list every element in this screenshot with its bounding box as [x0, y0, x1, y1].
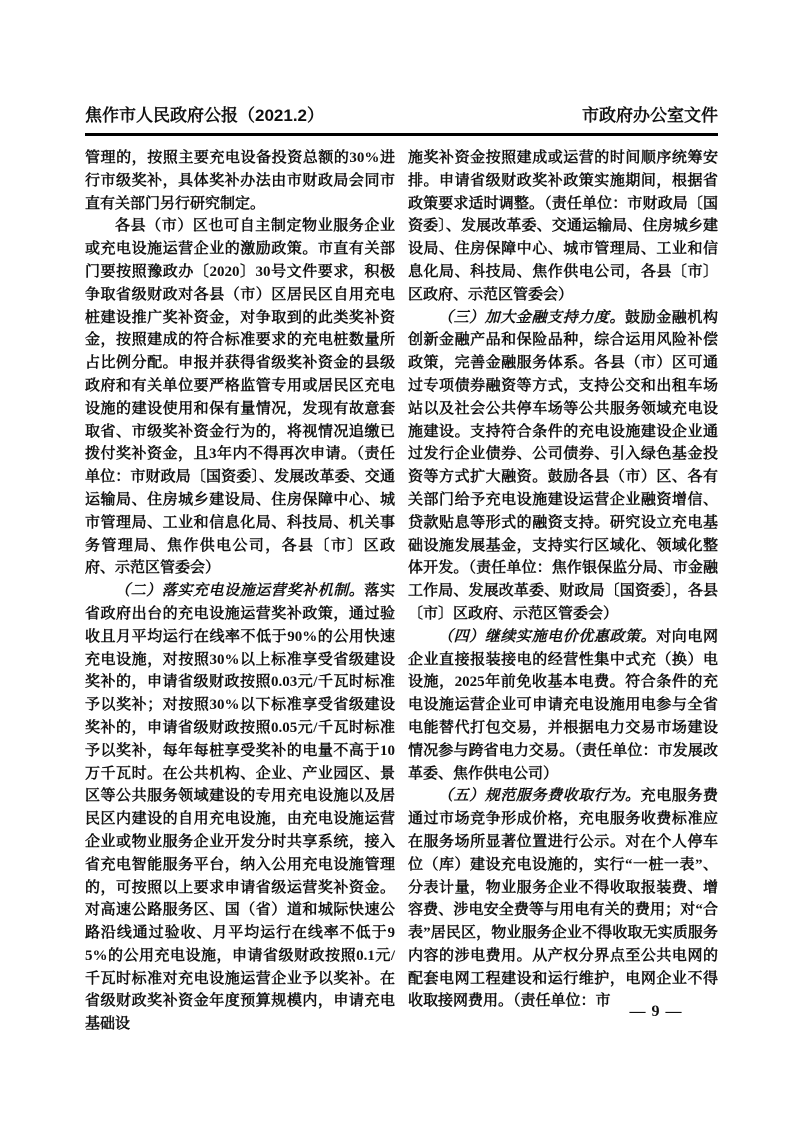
- paragraph-continuation: 管理的，按照主要充电设备投资总额的30%进行市级奖补，具体奖补办法由市财政局会同…: [85, 147, 395, 215]
- gazette-page: 焦作市人民政府公报（2021.2） 市政府办公室文件 管理的，按照主要充电设备投…: [0, 0, 793, 1122]
- paragraph-text: 充电服务费通过市场竞争形成价格，充电服务收费标准应在服务场所显著位置进行公示。对…: [408, 788, 718, 1009]
- paragraph-section-2: （二）落实充电设施运营奖补机制。落实省政府出台的充电设施运营奖补政策，通过验收且…: [85, 580, 395, 1036]
- section-heading: （五）规范服务费收取行为。: [438, 788, 641, 804]
- section-heading: （二）落实充电设施运营奖补机制。: [115, 583, 364, 599]
- paragraph-section-3: （三）加大金融支持力度。鼓励金融机构创新金融产品和保险品种，综合运用风险补偿政策…: [408, 307, 718, 626]
- page-number: — 9 —: [616, 1003, 696, 1021]
- paragraph-text: 落实省政府出台的充电设施运营奖补政策，通过验收且月平均运行在线率不低于90%的公…: [85, 583, 395, 1032]
- body-columns: 管理的，按照主要充电设备投资总额的30%进行市级奖补，具体奖补办法由市财政局会同…: [85, 147, 718, 1036]
- paragraph-continuation: 施奖补资金按照建成或运营的时间顺序统筹安排。申请省级财政奖补政策实施期间，根据省…: [408, 147, 718, 307]
- section-heading: （三）加大金融支持力度。: [438, 310, 625, 326]
- paragraph-section-5: （五）规范服务费收取行为。充电服务费通过市场竞争形成价格，充电服务收费标准应在服…: [408, 785, 718, 1013]
- paragraph-text: 管理的，按照主要充电设备投资总额的30%进行市级奖补，具体奖补办法由市财政局会同…: [85, 150, 395, 212]
- page-content: 焦作市人民政府公报（2021.2） 市政府办公室文件 管理的，按照主要充电设备投…: [85, 106, 718, 1036]
- page-header: 焦作市人民政府公报（2021.2） 市政府办公室文件: [85, 106, 718, 136]
- paragraph-section-4: （四）继续实施电价优惠政策。对向电网企业直接报装接电的经营性集中式充（换）电设施…: [408, 626, 718, 786]
- paragraph-text: 施奖补资金按照建成或运营的时间顺序统筹安排。申请省级财政奖补政策实施期间，根据省…: [408, 150, 718, 303]
- paragraph-text: 对向电网企业直接报装接电的经营性集中式充（换）电设施，2025年前免收基本电费。…: [408, 629, 718, 782]
- right-column: 施奖补资金按照建成或运营的时间顺序统筹安排。申请省级财政奖补政策实施期间，根据省…: [408, 147, 718, 1036]
- paragraph-text: 各县（市）区也可自主制定物业服务企业或充电设施运营企业的激励政策。市直有关部门要…: [85, 218, 395, 576]
- paragraph-text: 鼓励金融机构创新金融产品和保险品种，综合运用风险补偿政策，完善金融服务体系。各县…: [408, 310, 718, 622]
- header-document-category: 市政府办公室文件: [582, 106, 718, 126]
- section-heading: （四）继续实施电价优惠政策。: [438, 629, 656, 645]
- paragraph: 各县（市）区也可自主制定物业服务企业或充电设施运营企业的激励政策。市直有关部门要…: [85, 215, 395, 580]
- left-column: 管理的，按照主要充电设备投资总额的30%进行市级奖补，具体奖补办法由市财政局会同…: [85, 147, 395, 1036]
- header-publication-title: 焦作市人民政府公报（2021.2）: [85, 106, 324, 126]
